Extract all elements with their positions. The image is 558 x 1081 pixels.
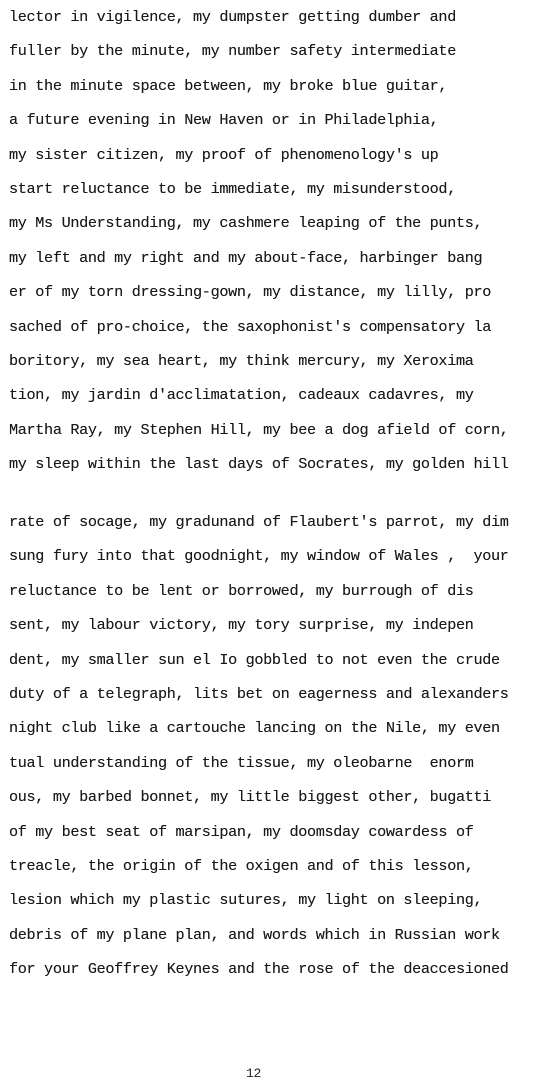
text-line: start reluctance to be immediate, my mis… — [9, 180, 456, 198]
text-line: a future evening in New Haven or in Phil… — [9, 111, 438, 129]
text-line: boritory, my sea heart, my think mercury… — [9, 352, 474, 370]
text-line: my sister citizen, my proof of phenomeno… — [9, 146, 438, 164]
text-line: duty of a telegraph, lits bet on eagerne… — [9, 685, 509, 703]
text-line: dent, my smaller sun el Io gobbled to no… — [9, 651, 500, 669]
text-line: lesion which my plastic sutures, my ligh… — [9, 891, 482, 909]
text-line: debris of my plane plan, and words which… — [9, 926, 500, 944]
text-line: treacle, the origin of the oxigen and of… — [9, 857, 474, 875]
text-line: night club like a cartouche lancing on t… — [9, 719, 500, 737]
text-line: my Ms Understanding, my cashmere leaping… — [9, 214, 482, 232]
text-line: sung fury into that goodnight, my window… — [9, 547, 509, 565]
text-line: reluctance to be lent or borrowed, my bu… — [9, 582, 474, 600]
text-line: lector in vigilence, my dumpster getting… — [9, 8, 456, 26]
text-line: tual understanding of the tissue, my ole… — [9, 754, 474, 772]
text-line: sent, my labour victory, my tory surpris… — [9, 616, 474, 634]
typescript-page: lector in vigilence, my dumpster getting… — [0, 0, 558, 1081]
text-line: for your Geoffrey Keynes and the rose of… — [9, 960, 509, 978]
text-line: in the minute space between, my broke bl… — [9, 77, 447, 95]
text-line: of my best seat of marsipan, my doomsday… — [9, 823, 474, 841]
page-number: 12 — [246, 1066, 261, 1081]
text-line: my sleep within the last days of Socrate… — [9, 455, 509, 473]
text-line: rate of socage, my gradunand of Flaubert… — [9, 513, 509, 531]
text-line: my left and my right and my about-face, … — [9, 249, 482, 267]
text-line: ous, my barbed bonnet, my little biggest… — [9, 788, 491, 806]
text-line: sached of pro-choice, the saxophonist's … — [9, 318, 491, 336]
text-line: fuller by the minute, my number safety i… — [9, 42, 456, 60]
text-line: tion, my jardin d'acclimatation, cadeaux… — [9, 386, 474, 404]
text-line: Martha Ray, my Stephen Hill, my bee a do… — [9, 421, 509, 439]
text-line: er of my torn dressing-gown, my distance… — [9, 283, 491, 301]
